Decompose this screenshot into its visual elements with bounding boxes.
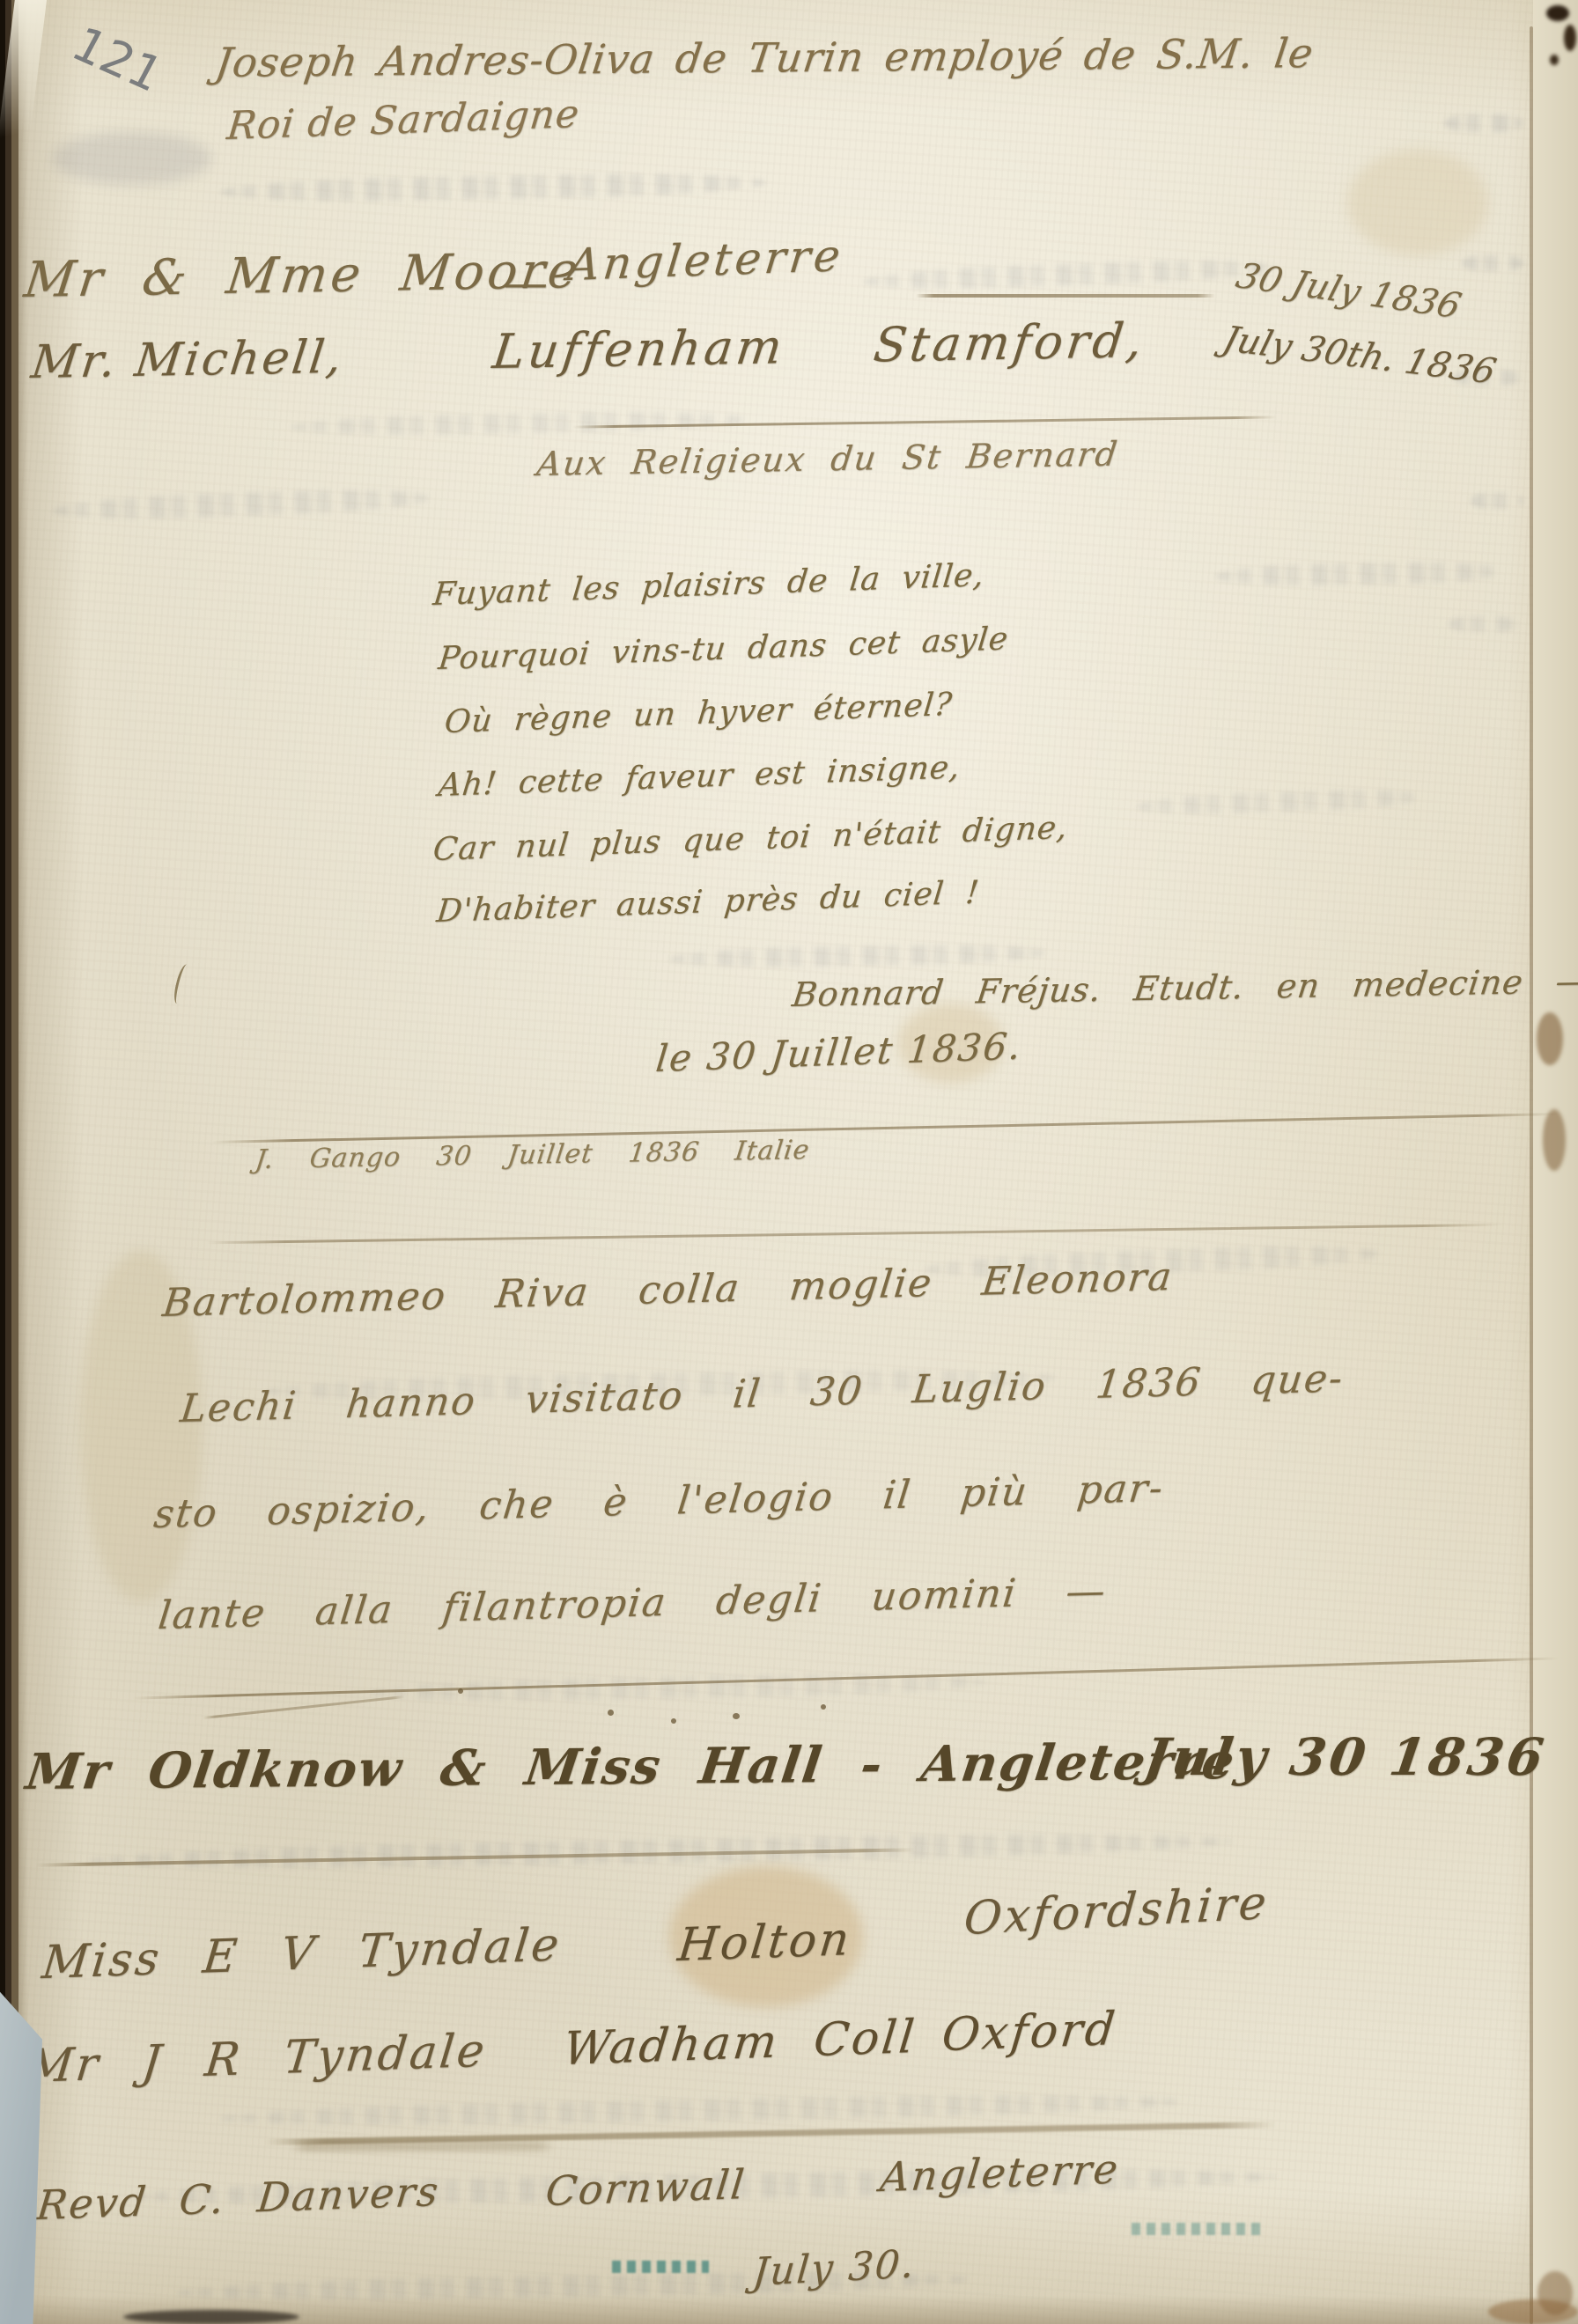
edge-tear <box>1488 2299 1578 2324</box>
ink-speck <box>733 1713 740 1719</box>
manuscript-page: 121 Joseph Andres-Oliva de Turin employé… <box>0 0 1578 2324</box>
entry-tyndale1-place: Holton <box>675 1913 854 1972</box>
entry-michell-name: Mr. Michell, <box>28 331 347 389</box>
bleedthrough-marginalia <box>1444 114 1523 132</box>
pencil-smudge <box>53 132 211 185</box>
entry-danvers-date: July 30. <box>751 2241 918 2295</box>
ink-speck <box>608 1710 614 1716</box>
ink-smear <box>291 2141 555 2151</box>
entry-header-line1: Joseph Andres-Oliva de Turin employé de … <box>212 29 1316 86</box>
entry-moore-separator: — <box>504 257 548 308</box>
book-binding-edge <box>0 0 28 2324</box>
entry-moore-name: Mr & Mme Moore <box>21 242 585 309</box>
stamp-trace <box>1132 2223 1264 2235</box>
page-edge-line <box>1530 26 1533 2324</box>
stamp-trace <box>612 2261 709 2273</box>
bleedthrough-marginalia <box>1471 493 1523 509</box>
flourish-dash <box>916 294 1215 298</box>
edge-tear <box>1543 1109 1566 1171</box>
entry-michell-place: Luffenham Stamford, <box>490 313 1148 379</box>
ink-speck <box>821 1704 826 1710</box>
edge-tear <box>1537 1012 1563 1065</box>
bleedthrough-marginalia <box>1462 255 1523 271</box>
edge-speck <box>1550 55 1559 65</box>
bleedthrough-marginalia <box>1449 616 1519 632</box>
ink-speck <box>671 1718 676 1724</box>
ink-speck <box>458 1688 463 1694</box>
edge-speck <box>1564 25 1576 51</box>
edge-speck <box>1546 5 1569 21</box>
entry-danvers-place: Cornwall <box>543 2160 748 2215</box>
entry-moore-place: Angleterre <box>565 230 846 290</box>
entry-oldknow-name: Mr Oldknow & Miss Hall - Angleterre <box>23 1732 1240 1801</box>
paper-stain <box>1347 150 1488 255</box>
entry-danvers-country: Angleterre <box>878 2144 1122 2201</box>
edge-shadow <box>123 2310 299 2324</box>
entry-tyndale2-region: Oxford <box>940 2003 1120 2062</box>
entry-oldknow-date: July 30 1836 <box>1140 1727 1550 1787</box>
